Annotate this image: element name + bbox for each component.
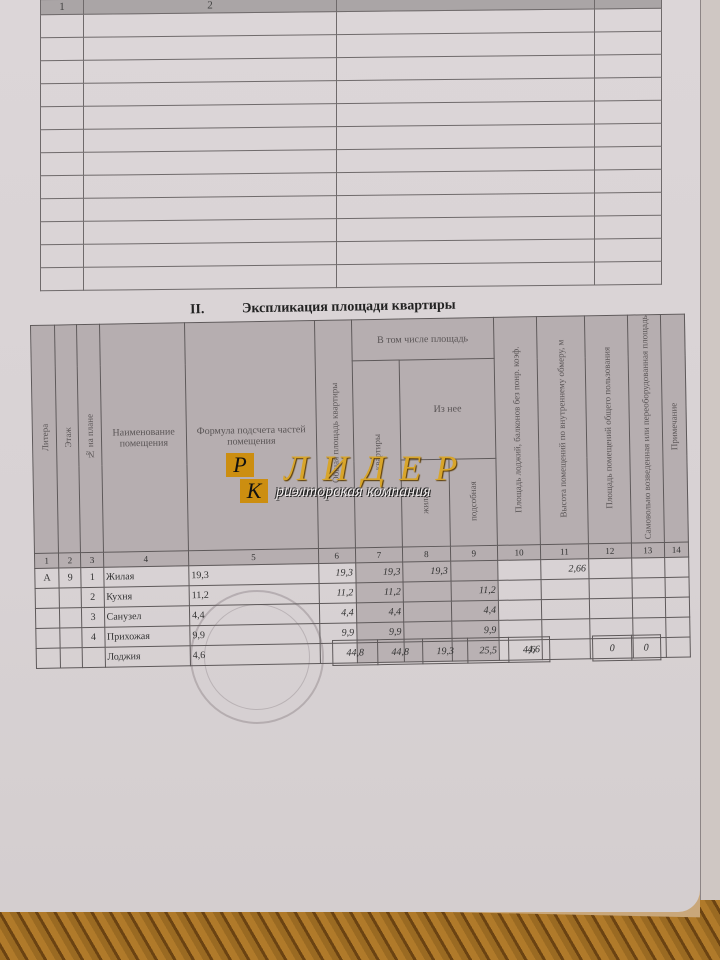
header-litera: Литера [39, 424, 49, 452]
cell-litera [36, 628, 61, 648]
cell-no: 1 [81, 567, 103, 587]
col-number: 9 [450, 545, 498, 561]
header-note: Примечание [669, 403, 680, 451]
cell-litera [35, 608, 60, 628]
col-number: 11 [541, 544, 589, 560]
header-common-area: Площадь помещений общего пользования [601, 347, 614, 509]
col-number: 13 [631, 543, 664, 559]
cell-no [83, 647, 105, 667]
cell-floor [60, 608, 82, 628]
header-plan-no: № на плане [85, 414, 96, 460]
cell-no: 3 [82, 607, 104, 627]
total-loggia-sum: 4,6 [508, 637, 549, 663]
total-area-sum: 44,8 [333, 640, 378, 666]
cell-formula: 4,4 [189, 604, 319, 626]
header-formula: Формула подсчета частей помещения [184, 321, 318, 551]
col-number: 1 [34, 553, 59, 568]
cell-name: Лоджия [105, 646, 191, 667]
header-floor: Этаж [63, 427, 73, 447]
cell-c6: 19,3 [318, 563, 355, 584]
col-number: 3 [81, 552, 103, 567]
col-number: 2 [59, 553, 81, 568]
col-number: 7 [355, 547, 403, 563]
next-page-edge [700, 0, 720, 900]
cell-c7: 4,4 [356, 602, 404, 623]
cell-formula: 4,6 [190, 644, 320, 666]
brand-tagline: риэлторская компания [276, 483, 431, 501]
header-room-name: Наименование помещения [99, 323, 188, 553]
cell-c8: 19,3 [403, 561, 451, 582]
cell-c11: 2,66 [541, 559, 589, 580]
total-auxiliary-sum: 25,5 [467, 637, 508, 663]
col-number: 6 [318, 548, 355, 564]
cell-no: 4 [82, 627, 104, 647]
cell-name: Прихожая [104, 626, 190, 647]
cell-name: Жилая [103, 566, 189, 587]
total-common-sum: 0 [592, 635, 631, 661]
cell-litera: А [35, 568, 60, 588]
cell-name: Кухня [104, 586, 190, 607]
header-height: Высота помещений по внутреннему обмеру, … [556, 340, 569, 518]
cell-floor [60, 628, 82, 648]
cell-floor [60, 648, 82, 668]
logo-letter-p: Р [226, 453, 254, 477]
section-number: II. [190, 302, 205, 317]
header-incl-area: В том числе площадь [351, 317, 494, 360]
document-page: 1 2 II. Экспликация площади квартиры Лит… [0, 0, 700, 912]
cell-c8 [403, 601, 451, 622]
cell-c7: 19,3 [355, 562, 403, 583]
cell-c11 [542, 599, 590, 620]
cell-c8 [403, 581, 451, 602]
logo-letter-k: К [240, 479, 268, 503]
header-unauthorized: Самовольно возведенная или переоборудова… [639, 315, 653, 539]
cell-name: Санузел [104, 606, 190, 627]
cell-floor: 9 [59, 568, 81, 588]
section-title-text: Экспликация площади квартиры [242, 298, 456, 317]
cell-c11 [541, 579, 589, 600]
cell-litera [35, 588, 60, 608]
header-of-which: Из нее [399, 358, 496, 460]
cell-formula: 11,2 [189, 584, 319, 606]
col-number: 1 [41, 0, 84, 15]
cell-c7: 11,2 [356, 582, 404, 603]
col-number: 12 [588, 543, 631, 559]
col-number: 8 [402, 546, 450, 562]
total-living-sum: 19,3 [422, 638, 467, 664]
section-title: II. Экспликация площади квартиры [190, 298, 456, 319]
cell-formula: 9,9 [190, 624, 320, 646]
col-number: 4 [103, 551, 189, 567]
header-loggia-area: Площадь лоджий, балконов без понр. коэф. [511, 346, 524, 512]
cell-c10 [498, 600, 542, 621]
cell-c10 [498, 560, 542, 581]
cell-litera [36, 648, 61, 668]
cell-c10 [498, 580, 542, 601]
cell-c9: 11,2 [451, 580, 499, 601]
col-number: 14 [664, 542, 689, 557]
cell-floor [59, 588, 81, 608]
realtor-watermark: Р К ЛИДЕР риэлторская компания [226, 453, 506, 513]
cell-no: 2 [81, 587, 103, 607]
total-apartment-sum: 44,8 [378, 639, 423, 665]
totals-row: 44,8 44,8 19,3 25,5 4,6 0 0 [332, 634, 661, 666]
cell-c6: 11,2 [319, 583, 356, 604]
total-unauthorized-sum: 0 [631, 635, 660, 661]
cell-c9: 4,4 [451, 600, 499, 621]
top-empty-table: 1 2 [40, 0, 662, 291]
cell-c6: 4,4 [319, 603, 356, 624]
col-number: 10 [497, 545, 540, 561]
cell-c9 [450, 560, 498, 581]
cell-formula: 19,3 [189, 564, 319, 586]
